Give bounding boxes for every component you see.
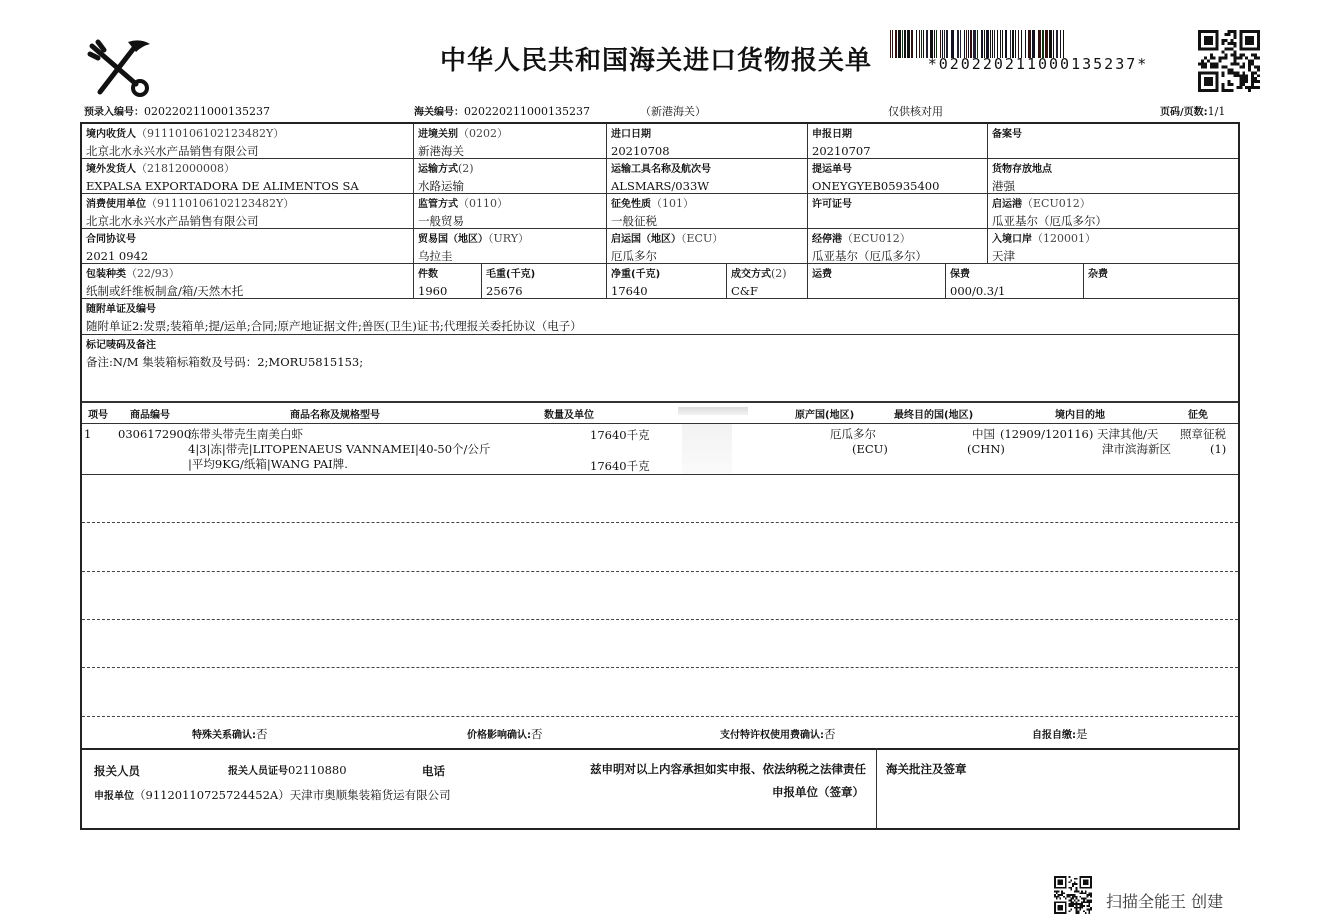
declare-date-cell: 申报日期 20210707 xyxy=(808,124,988,159)
consumer-cell: 消费使用单位（91110106102123482Y） 北京北水永兴水产品销售有限… xyxy=(82,194,414,229)
goods-header-qty: 数量及单位 xyxy=(544,406,594,421)
documents-cell: 随附单证及编号 随附单证2:发票;装箱单;提/运单;合同;原产地证据文件;兽医(… xyxy=(82,299,1238,335)
declaring-unit-value: （91120110725724452A）天津市奥顺集装箱货运有限公司 xyxy=(134,788,451,802)
consignee-label: 境内收货人 xyxy=(86,129,136,140)
marks-label: 标记唛码及备注 xyxy=(86,340,156,351)
price-influence-value: 否 xyxy=(531,727,543,741)
customs-emblem-icon xyxy=(84,36,156,98)
consignor-label: 境外发货人 xyxy=(86,164,136,175)
empty-row-divider xyxy=(82,619,1238,620)
empty-row-divider xyxy=(82,522,1238,523)
contract-no-cell: 合同协议号 2021 0942 xyxy=(82,229,414,264)
gross-weight-label: 毛重(千克) xyxy=(486,269,535,280)
pre-entry-value: 020220211000135237 xyxy=(144,105,270,118)
barcode xyxy=(890,30,1186,58)
confirm-divider xyxy=(82,748,1238,750)
transport-mode-cell: 运输方式(2) 水路运输 xyxy=(414,159,607,194)
net-weight-value: 17640 xyxy=(611,283,722,299)
self-report-value: 是 xyxy=(1076,727,1088,741)
deal-mode-label: 成交方式 xyxy=(731,269,771,280)
storage-value: 港强 xyxy=(992,178,1234,194)
vessel-cell: 运输工具名称及航次号 ALSMARS/033W xyxy=(607,159,808,194)
empty-row-divider xyxy=(82,667,1238,668)
license-no-label: 许可证号 xyxy=(812,199,852,210)
consignee-cell: 境内收货人（91110106102123482Y） 北京北水永兴水产品销售有限公… xyxy=(82,124,414,159)
supervision-value: 一般贸易 xyxy=(418,213,602,229)
redacted-header xyxy=(678,407,748,415)
goods-qty-2: 17640千克 xyxy=(590,459,650,474)
customs-office: （新港海关） xyxy=(640,103,706,119)
trade-country-cell: 贸易国（地区）（URY） 乌拉圭 xyxy=(414,229,607,264)
entry-port-label: 入境口岸 xyxy=(992,234,1032,245)
deal-mode-cell: 成交方式(2) C&F xyxy=(727,264,808,299)
goods-dest-country: 中国 xyxy=(972,427,995,442)
trade-country-code: （URY） xyxy=(488,232,529,245)
freight-label: 运费 xyxy=(812,269,832,280)
marks-value: 备注:N/M 集装箱标箱数及号码：2;MORU5815153; xyxy=(86,354,1234,370)
goods-hs-code: 0306172900 xyxy=(118,427,191,442)
goods-header-domestic-dest: 境内目的地 xyxy=(1055,406,1105,421)
goods-header-levy: 征免 xyxy=(1188,406,1208,421)
deal-mode-value: C&F xyxy=(731,283,803,299)
storage-label: 货物存放地点 xyxy=(992,164,1052,175)
barcode-number: *020220211000135237* xyxy=(890,55,1186,73)
pre-entry-number: 预录入编号：020220211000135237 xyxy=(84,103,270,118)
stop-port-cell: 经停港（ECU012） 瓜亚基尔（厄瓜多尔） xyxy=(808,229,988,264)
seal-label: 申报单位（签章） xyxy=(772,785,864,800)
consumer-value: 北京北水永兴水产品销售有限公司 xyxy=(86,213,409,229)
goods-domestic-dest-2: 津市滨海新区 xyxy=(1102,442,1171,457)
entry-customs-label: 进境关别 xyxy=(418,129,458,140)
qr-code-icon xyxy=(1198,30,1260,92)
misc-fee-cell: 杂费 xyxy=(1084,264,1238,299)
transport-mode-code: (2) xyxy=(458,162,474,175)
vessel-value: ALSMARS/033W xyxy=(611,178,803,194)
goods-domestic-dest-1: (12909/120116) 天津其他/天 xyxy=(1000,427,1158,442)
storage-cell: 货物存放地点 港强 xyxy=(988,159,1238,194)
origin-country-value: 厄瓜多尔 xyxy=(611,248,803,264)
royalty-confirm: 支付特许权使用费确认:否 xyxy=(720,727,836,743)
bill-no-cell: 提运单号 ONEYGYEB05935400 xyxy=(808,159,988,194)
record-no-label: 备案号 xyxy=(992,129,1022,140)
contract-no-label: 合同协议号 xyxy=(86,234,136,245)
for-check-only: 仅供核对用 xyxy=(888,103,943,119)
net-weight-label: 净重(千克) xyxy=(611,269,660,280)
staff-cert-label: 报关人员证号 xyxy=(228,766,288,777)
origin-country-cell: 启运国（地区）（ECU） 厄瓜多尔 xyxy=(607,229,808,264)
misc-fee-label: 杂费 xyxy=(1088,269,1108,280)
consignor-cell: 境外发货人（21812000008） EXPALSA EXPORTADORA D… xyxy=(82,159,414,194)
goods-origin-code: (ECU) xyxy=(852,442,888,457)
contract-no-value: 2021 0942 xyxy=(86,248,409,264)
declaring-unit-label: 申报单位 xyxy=(94,791,134,802)
freight-cell: 运费 xyxy=(808,264,946,299)
package-type-cell: 包装种类（22/93） 纸制或纤维板制盒/箱/天然木托 xyxy=(82,264,414,299)
record-no-cell: 备案号 xyxy=(988,124,1238,159)
import-date-cell: 进口日期 20210708 xyxy=(607,124,808,159)
supervision-cell: 监管方式（0110） 一般贸易 xyxy=(414,194,607,229)
customs-no-label: 海关编号： xyxy=(414,107,464,118)
levy-nature-cell: 征免性质（101） 一般征税 xyxy=(607,194,808,229)
entry-port-value: 天津 xyxy=(992,248,1234,264)
page-indicator: 页码/页数:1/1 xyxy=(1160,103,1225,118)
levy-nature-label: 征免性质 xyxy=(611,199,651,210)
entry-customs-value: 新港海关 xyxy=(418,143,602,159)
levy-nature-value: 一般征税 xyxy=(611,213,803,229)
self-report-label: 自报自缴: xyxy=(1032,730,1076,741)
transport-mode-label: 运输方式 xyxy=(418,164,458,175)
self-report-confirm: 自报自缴:是 xyxy=(1032,727,1088,743)
goods-qty-1: 17640千克 xyxy=(590,428,650,443)
price-influence-confirm: 价格影响确认:否 xyxy=(467,727,543,743)
stop-port-value: 瓜亚基尔（厄瓜多尔） xyxy=(812,248,983,264)
customs-number: 海关编号：020220211000135237 xyxy=(414,103,590,118)
import-date-label: 进口日期 xyxy=(611,129,651,140)
entry-port-cell: 入境口岸（120001） 天津 xyxy=(988,229,1238,264)
deal-mode-code: (2) xyxy=(771,267,787,280)
empty-row-divider xyxy=(82,716,1238,717)
gross-weight-value: 25676 xyxy=(486,283,602,299)
goods-spec-line1: 4|3|冻|带壳|LITOPENAEUS VANNAMEI|40-50个/公斤 xyxy=(188,442,490,457)
page-label: 页码/页数: xyxy=(1160,107,1208,118)
goods-header-item-no: 项号 xyxy=(88,406,108,421)
transport-mode-value: 水路运输 xyxy=(418,178,602,194)
staff-cert: 报关人员证号02110880 xyxy=(228,763,347,779)
documents-label: 随附单证及编号 xyxy=(86,304,156,315)
origin-country-code: （ECU） xyxy=(681,232,723,245)
departure-port-cell: 启运港（ECU012） 瓜亚基尔（厄瓜多尔） xyxy=(988,194,1238,229)
goods-levy-2: (1) xyxy=(1210,442,1226,457)
consignor-value: EXPALSA EXPORTADORA DE ALIMENTOS SA xyxy=(86,178,409,194)
insurance-label: 保费 xyxy=(950,269,970,280)
special-relation-confirm: 特殊关系确认:否 xyxy=(192,727,268,743)
net-weight-cell: 净重(千克) 17640 xyxy=(607,264,727,299)
pieces-value: 1960 xyxy=(418,283,477,299)
marks-cell: 标记唛码及备注 备注:N/M 集装箱标箱数及号码：2;MORU5815153; xyxy=(82,335,1238,403)
package-type-code: （22/93） xyxy=(126,267,180,280)
goods-name: 冻带头带壳生南美白虾 xyxy=(188,427,303,442)
royalty-value: 否 xyxy=(824,727,836,741)
special-relation-value: 否 xyxy=(256,727,268,741)
consignee-code: （91110106102123482Y） xyxy=(136,127,284,140)
special-relation-label: 特殊关系确认: xyxy=(192,730,256,741)
vessel-label: 运输工具名称及航次号 xyxy=(611,164,711,175)
declare-date-value: 20210707 xyxy=(812,143,983,159)
phone-label: 电话 xyxy=(422,764,445,779)
stop-port-code: （ECU012） xyxy=(842,232,911,245)
trade-country-value: 乌拉圭 xyxy=(418,248,602,264)
declaration-statement: 兹申明对以上内容承担如实申报、依法纳税之法律责任 xyxy=(590,762,866,777)
license-no-cell: 许可证号 xyxy=(808,194,988,229)
declaring-unit: 申报单位（91120110725724452A）天津市奥顺集装箱货运有限公司 xyxy=(94,788,451,804)
goods-header-name: 商品名称及规格型号 xyxy=(290,406,380,421)
price-influence-label: 价格影响确认: xyxy=(467,730,531,741)
origin-country-label: 启运国（地区） xyxy=(611,234,681,245)
bill-no-value: ONEYGYEB05935400 xyxy=(812,178,983,194)
pre-entry-label: 预录入编号： xyxy=(84,107,144,118)
departure-port-code: （ECU012） xyxy=(1022,197,1091,210)
royalty-label: 支付特许权使用费确认: xyxy=(720,730,824,741)
declare-date-label: 申报日期 xyxy=(812,129,852,140)
goods-item-no: 1 xyxy=(84,427,91,442)
entry-customs-code: （0202） xyxy=(458,127,508,140)
page-value: 1/1 xyxy=(1208,105,1226,118)
consignee-value: 北京北水永兴水产品销售有限公司 xyxy=(86,143,409,159)
insurance-value: 000/0.3/1 xyxy=(950,283,1079,299)
goods-header-hs-code: 商品编号 xyxy=(130,406,170,421)
package-type-label: 包装种类 xyxy=(86,269,126,280)
insurance-cell: 保费 000/0.3/1 xyxy=(946,264,1084,299)
levy-nature-code: （101） xyxy=(651,197,694,210)
consumer-code: （91110106102123482Y） xyxy=(146,197,294,210)
consignor-code: （21812000008） xyxy=(136,162,235,175)
redacted-area xyxy=(682,424,732,474)
entry-port-code: （120001） xyxy=(1032,232,1096,245)
customs-note-divider xyxy=(876,748,877,828)
consumer-label: 消费使用单位 xyxy=(86,199,146,210)
stop-port-label: 经停港 xyxy=(812,234,842,245)
goods-levy-1: 照章征税 xyxy=(1180,427,1226,442)
bill-no-label: 提运单号 xyxy=(812,164,852,175)
gross-weight-cell: 毛重(千克) 25676 xyxy=(482,264,607,299)
customs-no-value: 020220211000135237 xyxy=(464,105,590,118)
departure-port-label: 启运港 xyxy=(992,199,1022,210)
supervision-label: 监管方式 xyxy=(418,199,458,210)
customs-note-label: 海关批注及签章 xyxy=(886,762,967,777)
package-type-value: 纸制或纤维板制盒/箱/天然木托 xyxy=(86,283,409,299)
staff-cert-value: 02110880 xyxy=(288,763,347,777)
watermark-text: 扫描全能王 创建 xyxy=(1106,889,1223,912)
import-date-value: 20210708 xyxy=(611,143,803,159)
goods-dest-country-code: (CHN) xyxy=(967,442,1005,457)
staff-label: 报关人员 xyxy=(94,764,140,779)
goods-spec-line2: |平均9KG/纸箱|WANG PAI牌. xyxy=(188,457,348,472)
goods-origin: 厄瓜多尔 xyxy=(830,427,876,442)
documents-value: 随附单证2:发票;装箱单;提/运单;合同;原产地证据文件;兽医(卫生)证书;代理… xyxy=(86,318,1234,334)
departure-port-value: 瓜亚基尔（厄瓜多尔） xyxy=(992,213,1234,229)
goods-header-dest-country: 最终目的国(地区) xyxy=(894,406,973,421)
watermark-qr-icon xyxy=(1052,876,1094,914)
goods-header-divider xyxy=(82,423,1238,424)
trade-country-label: 贸易国（地区） xyxy=(418,234,488,245)
goods-row-divider xyxy=(82,474,1238,475)
entry-customs-cell: 进境关别（0202） 新港海关 xyxy=(414,124,607,159)
document-title: 中华人民共和国海关进口货物报关单 xyxy=(440,40,872,77)
empty-row-divider xyxy=(82,571,1238,572)
pieces-label: 件数 xyxy=(418,269,438,280)
supervision-code: （0110） xyxy=(458,197,508,210)
goods-header-origin: 原产国(地区) xyxy=(795,406,854,421)
pieces-cell: 件数 1960 xyxy=(414,264,482,299)
declaration-form: 境内收货人（91110106102123482Y） 北京北水永兴水产品销售有限公… xyxy=(80,122,1240,830)
